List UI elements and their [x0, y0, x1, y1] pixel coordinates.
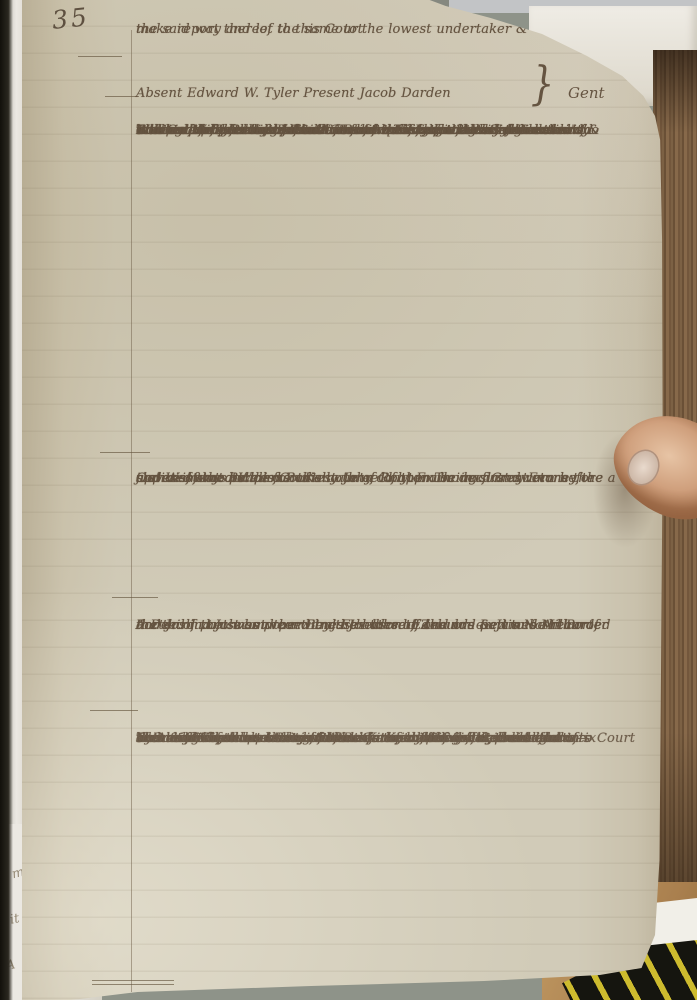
book-gutter-shadow: [0, 0, 13, 1000]
handwritten-line: appraisments to this Court: [136, 464, 317, 494]
gent-label: Gent: [568, 84, 605, 102]
page-number: 35: [51, 2, 92, 35]
paragraph-tick: [78, 56, 122, 57]
handwritten-line: make report thereof to this Court: [136, 16, 363, 43]
margin-rule-line: [131, 30, 132, 992]
paragraph-tick: [105, 96, 139, 97]
handwritten-line: Absent Edward W. Tyler Present Jacob Dar…: [136, 80, 451, 107]
handwritten-line: and Joshua Johnson the witnesses thereto…: [136, 612, 611, 641]
brace-icon: }: [531, 60, 554, 106]
photo-scene: m it A 35 the said way and let the same …: [0, 0, 697, 1000]
handwritten-line: true & faithful administration on the es…: [136, 726, 590, 753]
handwritten-line: and performance of his will: [136, 116, 322, 145]
finger: [601, 404, 697, 556]
manuscript-page: 35 the said way and let the same to the …: [22, 0, 664, 1000]
handwriting-column: the said way and let the same to the low…: [136, 0, 662, 1000]
paragraph-tick: [90, 710, 138, 711]
